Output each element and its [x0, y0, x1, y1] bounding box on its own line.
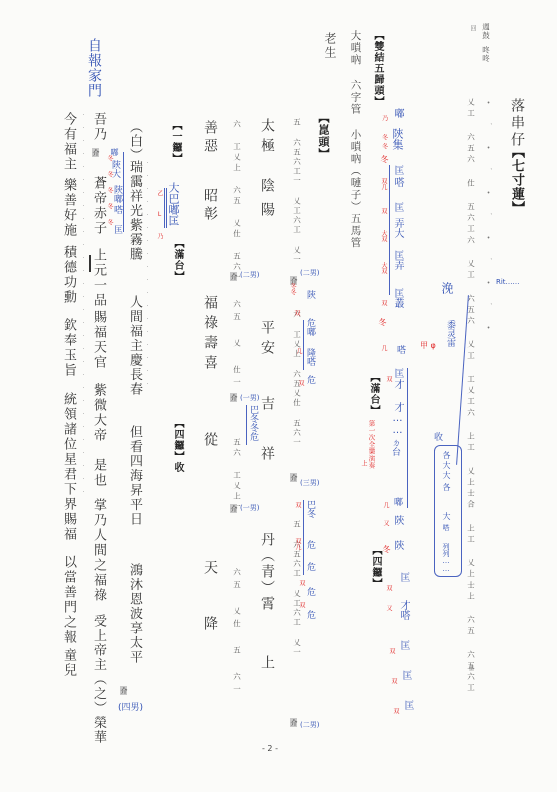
red-shuang5: 双 — [388, 648, 394, 654]
bracket-shuangjie: 【雙結五歸頭】 — [372, 30, 382, 107]
annot-col5-badong: 巴冬冬危 — [248, 405, 257, 441]
bracket-yiluo: 【一鑼】 — [170, 120, 180, 164]
red-col3-shuang: 双 — [293, 310, 299, 316]
annot-dtai: ㄉ台 — [390, 438, 399, 456]
page-number: - 2 - — [262, 744, 278, 753]
annot-line-col3b — [303, 500, 304, 575]
red-shuang7: 双 — [392, 708, 398, 714]
red-col3-ji: 几 — [295, 348, 301, 354]
bracket-siluo-col2: 【四鑼】 — [370, 545, 380, 589]
lyric-fulu: 福祿壽喜 — [203, 295, 217, 375]
lyric-wunai: 吾乃 — [92, 112, 105, 142]
notation-col5-d: 六五 乂仕 五 六一 — [233, 568, 241, 698]
red-shuang2: 双 — [380, 300, 386, 306]
annot-box: 各大大 各 大 嗒 列列…… — [434, 445, 462, 577]
annot-blue-wei: 危 — [305, 375, 314, 384]
annot-col5-yiman-2: (一男) — [240, 503, 259, 513]
lyric-shane: 善惡 — [203, 120, 217, 156]
jie-marker-col8: 介 — [120, 686, 127, 695]
annot-blue-longda: 隆嗒 — [305, 348, 314, 366]
jie-marker-2: 介 — [290, 473, 297, 482]
red-col3-shuang3: 双 — [294, 502, 300, 508]
lyric-qinfeng: 欽奉玉旨 — [62, 318, 75, 378]
annot-erman-3: (二男) — [300, 720, 319, 730]
annot-line-col3 — [303, 320, 304, 370]
lyric-yidang: 以當善門之報 — [62, 555, 75, 645]
red-note: 乃 — [381, 115, 388, 124]
annot-blue-wei2: 危 — [305, 540, 314, 549]
lyric-cifu: 賜福天官 — [92, 310, 105, 370]
annot-left-mid: 黍灵雷 — [445, 320, 454, 347]
annot-line-col2 — [389, 165, 390, 295]
red-col3-shuang4: 双 — [298, 580, 304, 586]
annot-col9-kuang: 匡 — [112, 225, 121, 234]
percussion-top: 週鼓 — [482, 23, 490, 40]
notation-col5-c: 五六 工乂上一 — [233, 438, 241, 513]
lyric-cangdi: 蒼帝赤子 — [92, 176, 105, 236]
notation-text: 五 六五六工一 乂工六工 乂一 — [293, 118, 302, 265]
red-shuang6: 双 — [390, 678, 396, 684]
lyric-jide: 積德功勳 — [62, 245, 75, 305]
red-shuang3: 双 — [385, 376, 391, 382]
annot-blue-shan: 陝 — [305, 290, 314, 299]
bracket-kuntou: 【崑頭】 — [318, 112, 329, 160]
annot-box-text-2: 各 大 — [442, 483, 450, 526]
notation-col3-a: 五 六五六工一 乂工六工 乂一 — [293, 118, 301, 265]
red-note: 冬冬 — [381, 134, 388, 152]
lyric-danqingxiao: 丹（青）霄 — [260, 532, 274, 612]
lyric-zhaozhang: 昭彰 — [203, 188, 217, 224]
lyric-ziwei: 紫微大帝 — [92, 383, 105, 443]
lyric-shangyuan: 上元一品 — [92, 248, 105, 308]
bracket-mantai-col2: 【滿台】 — [368, 372, 378, 416]
red-dashuang: 大双 — [380, 230, 386, 242]
annot-left-top: 浼 — [441, 282, 453, 294]
annot-shou: 收 — [432, 432, 441, 441]
end-mark: 番 — [467, 665, 473, 671]
red-you: 又 — [382, 520, 388, 526]
lyric-shoushang: 受上帝主（之）榮華 — [92, 614, 105, 745]
red-col3-shuangji: 双几 — [294, 538, 300, 550]
annot-red-col2: 乃 冬冬 — [380, 115, 387, 152]
lyric-bai: （白） — [128, 120, 141, 162]
annot-dou2: 嘟 — [392, 497, 401, 506]
annot-kuang2: 匡 — [398, 640, 408, 650]
lyric-yinyang: 陰陽 — [260, 178, 274, 226]
lyric-line-hongmu: 鴻沐恩波享太平 — [128, 563, 141, 665]
red-dashuang2: 大双 — [380, 262, 386, 274]
lyric-line-dankan: 但看四海昇平日 — [128, 425, 141, 527]
rit-annotation: Rit…… — [496, 278, 520, 286]
annot-col5-erman: (二男) — [240, 270, 259, 280]
bracket-mantai: 【滿台】 — [172, 238, 182, 282]
lyric-pingan: 平安 — [260, 320, 274, 360]
annot-kuang3: 匡 — [400, 670, 410, 680]
notation-col1: 乂工 六五六 仕 五六工六 乂工 六五六 乂工 工乂工六 上工 乂上士合 上工 … — [467, 98, 475, 695]
annot-da: 嗒 — [395, 345, 404, 354]
annot-kuangcong: 匡叢 — [392, 288, 402, 308]
red-shang: 上 — [360, 460, 366, 466]
annot-caida: 才嗒 — [398, 600, 408, 620]
red-dong3: 冬 — [382, 545, 390, 553]
jie-marker-3: 介 — [290, 718, 297, 727]
notation-col5-a: 六 工乂上 六五 乂仕 五六一 — [233, 120, 241, 284]
lyric-tian: 天 — [203, 560, 217, 577]
annot-col9-da: 嗒 — [112, 205, 121, 214]
jie-marker-col5: 介 — [230, 272, 237, 281]
lyric-tonger: 童兒 — [62, 648, 75, 678]
annot-kuangcai: 匡才 才…… — [392, 368, 402, 437]
annot-left-red: 甲 φ — [420, 340, 436, 351]
red-shuangji: 双几 — [380, 178, 386, 190]
lyric-shiye: 是也 — [92, 458, 105, 488]
lyric-jixiang: 吉祥 — [260, 396, 274, 496]
annot-line-col7b — [166, 188, 167, 228]
annot-box-text-4: 列列…… — [442, 543, 449, 573]
annot-line-col7 — [164, 188, 165, 228]
annot-kuangnong: 匡弄 — [392, 250, 402, 270]
annot-sanman: (三男) — [300, 478, 319, 488]
red-dong: 冬 — [380, 155, 388, 163]
beat-dots: •、•、•、•、•、• — [485, 100, 491, 348]
red-col3-shuang5: 双 — [298, 602, 304, 608]
red-ji: 几 — [380, 345, 386, 351]
red-first-full: 第一次全樂演奏 — [368, 420, 375, 469]
annot-blue-weidou: 危嘟 — [305, 318, 314, 336]
annot-blue-wei5: 危 — [305, 610, 314, 619]
lyric-taiji: 太極 — [260, 118, 274, 158]
annot-col9-red: 冬冬冬冬冬 — [106, 155, 112, 235]
annot-dou: 嘟 — [392, 108, 402, 118]
red-you2: 又 — [385, 605, 391, 611]
annot-col9-shandou: 陝嘟 — [112, 185, 121, 203]
lyric-line-renjian: 人間福主慶長春 — [128, 295, 141, 397]
annot-erman: (二男) — [300, 268, 319, 278]
section-title: 落串仔 — [510, 98, 524, 149]
bracket-siluo-shou: 【四鑼】收 — [172, 418, 182, 473]
tune-bracket: 【七寸蓮】 — [510, 145, 523, 215]
lyric-tongling: 統領諸位星君下界賜福 — [62, 392, 75, 542]
annot-line-col2b — [407, 368, 408, 508]
percussion-a: 咚咚 — [482, 46, 490, 63]
instruments-list: 大嗩吶 六字管 小嗩吶（嗹子）五馬管 — [350, 30, 361, 249]
annot-nongda: 弄大 — [392, 218, 402, 238]
lyric-shang: 上 — [260, 655, 274, 672]
lyric-cong: 從 — [203, 432, 217, 449]
ruby-annotations: ·················· — [144, 160, 150, 394]
annot-col7-red: 乙 L 乃 — [156, 190, 162, 243]
annot-siman: (四男) — [118, 700, 143, 713]
lyric-line-ruiai: 瑞靄祥光紫霧騰 — [128, 160, 141, 262]
red-ji2: 几 — [382, 502, 388, 508]
annot-blue-wei3: 危 — [305, 562, 314, 571]
annot-kuangda: 匡嗒 匡 — [392, 165, 402, 214]
jie-marker-col9: 介 — [92, 148, 99, 157]
red-col3-shuang2: 双 — [297, 380, 303, 386]
lyric-jinyou: 今有福主 — [62, 112, 75, 172]
role-laosheng: 老生 — [324, 32, 336, 60]
mark-top: 回 — [469, 25, 475, 31]
red-col3-dongdong: 冬冬 — [289, 283, 295, 295]
lyric-zhangnai: 掌乃人間之福祿 — [92, 498, 105, 603]
notation-col3-b: 六 工乂上 六五乂仕 五六一 — [293, 310, 301, 448]
annot-shanji: 陝集 — [392, 128, 403, 150]
jie-marker-col5-2: 介 — [230, 393, 237, 402]
red-shuang4: 双 — [385, 585, 391, 591]
text-marker-bar — [89, 255, 91, 272]
annot-blue-wei4: 危 — [305, 587, 314, 596]
annot-line-col9 — [123, 152, 124, 232]
annot-zibaojiamen: 自報家門 — [87, 38, 101, 98]
annot-kuang1: 匡 — [398, 572, 408, 582]
red-shuang: 双 — [380, 208, 386, 214]
annot-box-text-1: 各大大 — [442, 451, 450, 481]
annot-kuang4: 匡 — [402, 700, 412, 710]
red-dong2: 冬 — [378, 318, 386, 326]
annot-box-text-3: 嗒 — [442, 524, 449, 531]
annot-shan: 陝 — [392, 515, 402, 525]
score-page: 回 週鼓 咚咚 落串仔 【七寸蓮】 乂工 六五六 仕 五六工六 乂工 六五六 乂… — [0, 0, 557, 792]
lyric-leshan: 樂善好施 — [62, 178, 75, 238]
jie-marker-col5-3: 介 — [230, 504, 237, 513]
annot-blue-badong: 巴冬 — [305, 500, 314, 518]
annot-col5-yiman: (一男) — [240, 393, 259, 403]
lyric-jiang: 降 — [203, 616, 217, 633]
ruby-annotations-left: ······························ — [80, 112, 86, 502]
notation-col5-b: 六五 乂 仕一 — [233, 300, 241, 391]
annot-col7-blue: 大巴嘟匡 — [168, 182, 179, 226]
annot-line-col5 — [246, 405, 247, 445]
annot-shan2: 陝 — [392, 540, 402, 550]
